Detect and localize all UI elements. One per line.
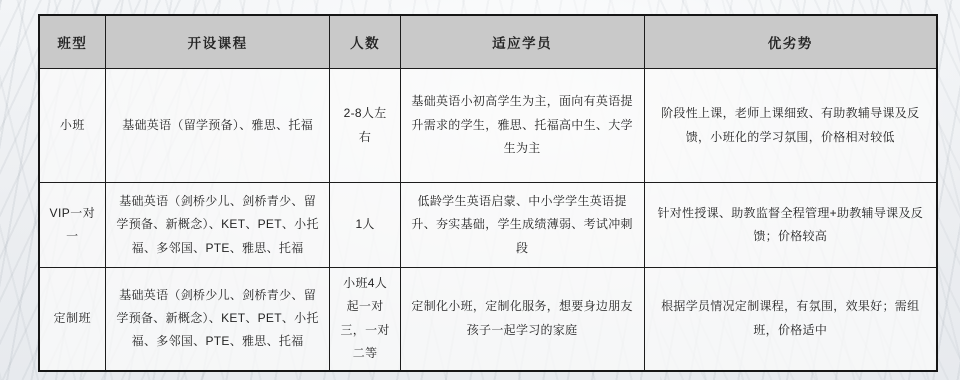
cell-class-size: 1人 bbox=[330, 183, 400, 268]
cell-pros-cons: 针对性授课、助教监督全程管理+助教辅导课及反馈；价格较高 bbox=[644, 183, 937, 268]
header-cell-suitable-students: 适应学员 bbox=[400, 15, 644, 69]
table-row-custom-class: 定制班 基础英语（剑桥少儿、剑桥青少、留学预备、新概念）、KET、PET、小托福… bbox=[39, 268, 937, 371]
cell-class-type: 定制班 bbox=[39, 268, 105, 371]
table-row-vip-one-on-one: VIP一对一 基础英语（剑桥少儿、剑桥青少、留学预备、新概念）、KET、PET、… bbox=[39, 183, 937, 268]
table-row-small-class: 小班 基础英语（留学预备）、雅思、托福 2-8人左右 基础英语小初高学生为主，面… bbox=[39, 69, 937, 183]
cell-class-type: VIP一对一 bbox=[39, 183, 105, 268]
cell-courses: 基础英语（剑桥少儿、剑桥青少、留学预备、新概念）、KET、PET、小托福、多邻国… bbox=[105, 183, 330, 268]
cell-class-size: 小班4人起一对三，一对二等 bbox=[330, 268, 400, 371]
cell-courses: 基础英语（留学预备）、雅思、托福 bbox=[105, 69, 330, 183]
cell-pros-cons: 根据学员情况定制课程，有氛围，效果好；需组班，价格适中 bbox=[644, 268, 937, 371]
page: 班型 开设课程 人数 适应学员 优劣势 小班 基础英语（留学预备）、雅思、托福 … bbox=[0, 0, 960, 380]
cell-courses: 基础英语（剑桥少儿、剑桥青少、留学预备、新概念）、KET、PET、小托福、多邻国… bbox=[105, 268, 330, 371]
class-comparison-table: 班型 开设课程 人数 适应学员 优劣势 小班 基础英语（留学预备）、雅思、托福 … bbox=[38, 14, 938, 372]
cell-pros-cons: 阶段性上课，老师上课细致、有助教辅导课及反馈，小班化的学习氛围，价格相对较低 bbox=[644, 69, 937, 183]
header-cell-pros-cons: 优劣势 bbox=[644, 15, 937, 69]
class-comparison-table-wrap: 班型 开设课程 人数 适应学员 优劣势 小班 基础英语（留学预备）、雅思、托福 … bbox=[38, 14, 938, 372]
header-cell-class-size: 人数 bbox=[330, 15, 400, 69]
cell-class-type: 小班 bbox=[39, 69, 105, 183]
header-row: 班型 开设课程 人数 适应学员 优劣势 bbox=[39, 15, 937, 69]
cell-class-size: 2-8人左右 bbox=[330, 69, 400, 183]
header-cell-courses: 开设课程 bbox=[105, 15, 330, 69]
header-cell-class-type: 班型 bbox=[39, 15, 105, 69]
cell-suitable-students: 低龄学生英语启蒙、中小学学生英语提升、夯实基础，学生成绩薄弱、考试冲刺段 bbox=[400, 183, 644, 268]
cell-suitable-students: 定制化小班，定制化服务，想要身边朋友孩子一起学习的家庭 bbox=[400, 268, 644, 371]
cell-suitable-students: 基础英语小初高学生为主，面向有英语提升需求的学生，雅思、托福高中生、大学生为主 bbox=[400, 69, 644, 183]
